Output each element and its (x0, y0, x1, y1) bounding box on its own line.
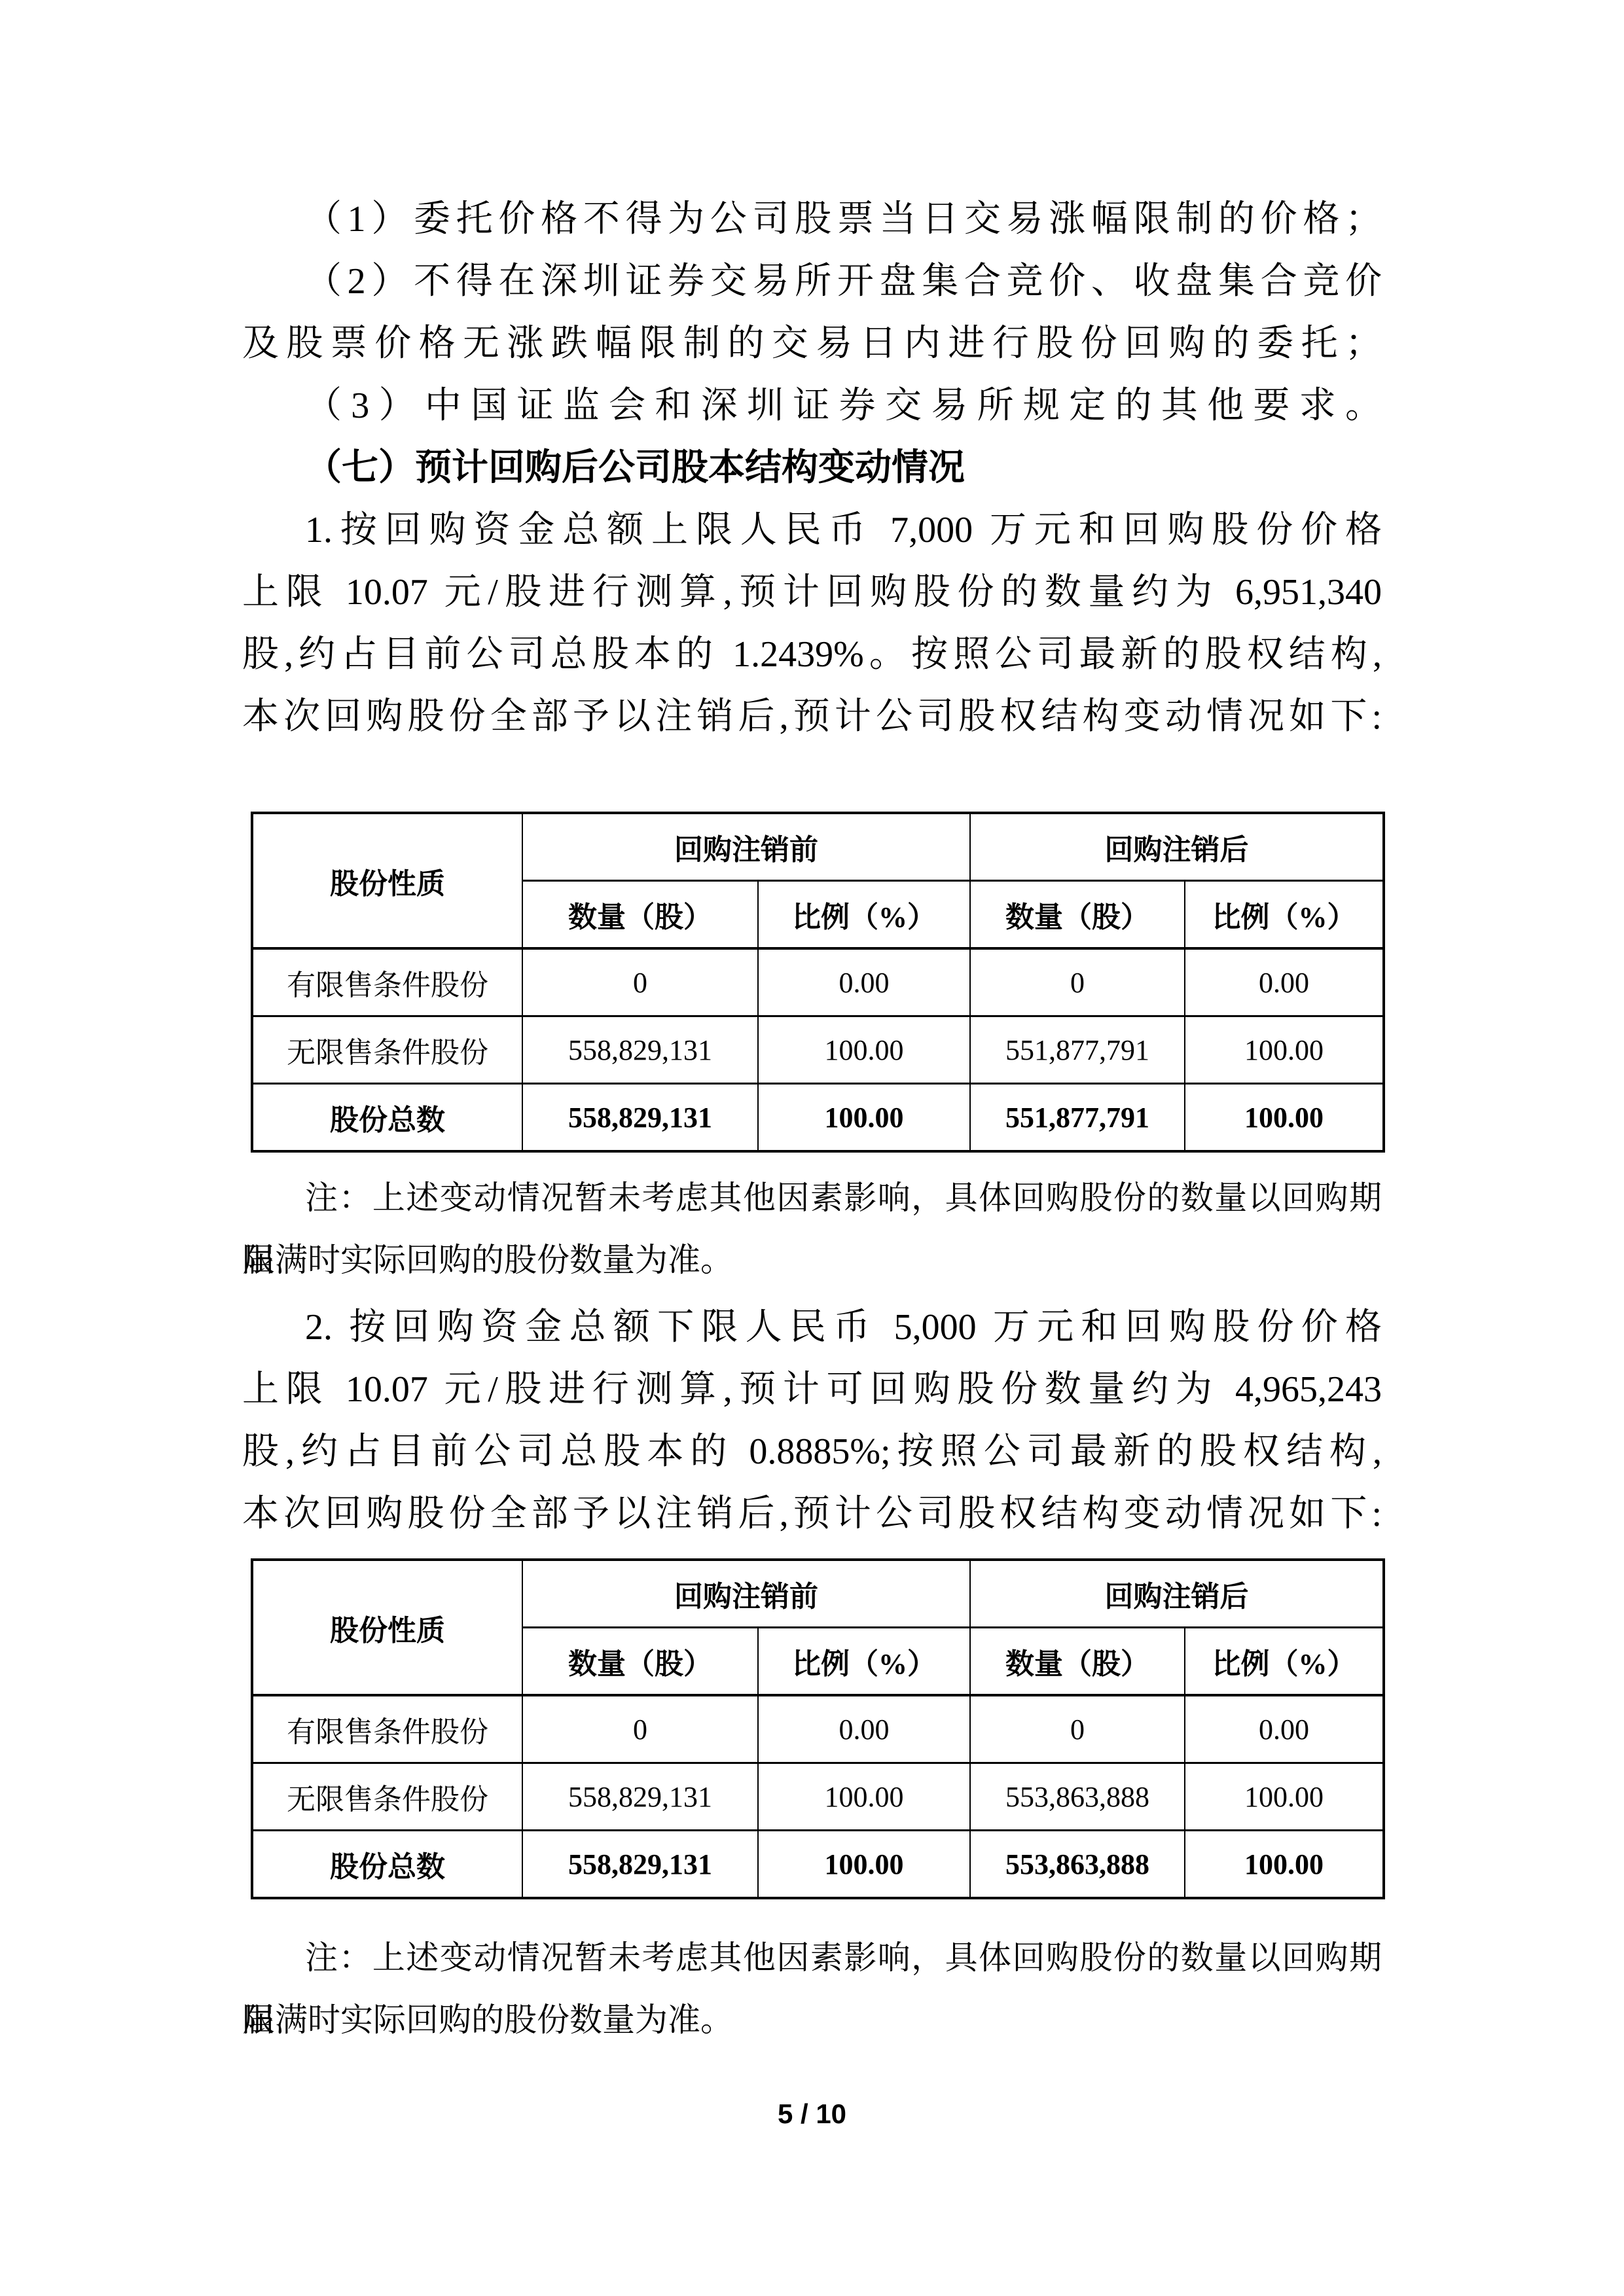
table1-header-before: 回购注销前 (522, 813, 970, 881)
before-qty: 558,829,131 (522, 1084, 758, 1152)
para2-line-1: 2. 按回购资金总额下限人民币 5,000 万元和回购股份价格 (242, 1297, 1382, 1359)
table-total-row: 股份总数 558,829,131 100.00 551,877,791 100.… (252, 1084, 1384, 1152)
after-ratio: 0.00 (1185, 948, 1384, 1016)
before-qty: 558,829,131 (522, 1016, 758, 1084)
note2-line-1: 注：上述变动情况暂未考虑其他因素影响，具体回购股份的数量以回购期限 (242, 1927, 1382, 1989)
table-row: 有限售条件股份 0 0.00 0 0.00 (252, 1695, 1384, 1763)
before-qty: 0 (522, 1695, 758, 1763)
para1-line-2: 上限 10.07 元/股进行测算,预计回购股份的数量约为 6,951,340 (242, 562, 1382, 624)
before-ratio: 100.00 (758, 1084, 970, 1152)
table2-header-after-ratio: 比例（%） (1185, 1628, 1384, 1696)
before-qty: 558,829,131 (522, 1831, 758, 1899)
table1-header-before-ratio: 比例（%） (758, 881, 970, 949)
table-row: 无限售条件股份 558,829,131 100.00 551,877,791 1… (252, 1016, 1384, 1084)
after-ratio: 100.00 (1185, 1016, 1384, 1084)
after-ratio: 0.00 (1185, 1695, 1384, 1763)
clause-2-line-1: （2）不得在深圳证券交易所开盘集合竞价、收盘集合竞价 (242, 251, 1382, 313)
row-label: 有限售条件股份 (252, 1695, 522, 1763)
before-qty: 0 (522, 948, 758, 1016)
share-structure-table-2: 股份性质 回购注销前 回购注销后 数量（股） 比例（%） 数量（股） 比例（%）… (251, 1558, 1385, 1899)
after-ratio: 100.00 (1185, 1763, 1384, 1831)
row-label: 无限售条件股份 (252, 1763, 522, 1831)
section-heading: （七）预计回购后公司股本结构变动情况 (242, 437, 1382, 499)
para1-line-4: 本次回购股份全部予以注销后,预计公司股权结构变动情况如下: (242, 686, 1382, 748)
para2-line-4: 本次回购股份全部予以注销后,预计公司股权结构变动情况如下: (242, 1483, 1382, 1545)
para2-line-2: 上限 10.07 元/股进行测算,预计可回购股份数量约为 4,965,243 (242, 1359, 1382, 1421)
para2-line-3: 股,约占目前公司总股本的 0.8885%;按照公司最新的股权结构, (242, 1421, 1382, 1483)
table-total-row: 股份总数 558,829,131 100.00 553,863,888 100.… (252, 1831, 1384, 1899)
table1-header-row-1: 股份性质 回购注销前 回购注销后 (252, 813, 1384, 881)
table2-header-after: 回购注销后 (970, 1560, 1384, 1628)
table2-header-before-qty: 数量（股） (522, 1628, 758, 1696)
row-label: 无限售条件股份 (252, 1016, 522, 1084)
after-qty: 553,863,888 (970, 1763, 1185, 1831)
share-structure-table-1: 股份性质 回购注销前 回购注销后 数量（股） 比例（%） 数量（股） 比例（%）… (251, 812, 1385, 1153)
document-page: （1）委托价格不得为公司股票当日交易涨幅限制的价格； （2）不得在深圳证券交易所… (0, 0, 1624, 2296)
before-ratio: 0.00 (758, 948, 970, 1016)
before-ratio: 100.00 (758, 1763, 970, 1831)
page-number: 5 / 10 (0, 2094, 1624, 2134)
table1-header-after: 回购注销后 (970, 813, 1384, 881)
table2-header-share-type: 股份性质 (252, 1560, 522, 1695)
clause-1: （1）委托价格不得为公司股票当日交易涨幅限制的价格； (242, 188, 1382, 251)
table2-header-row-1: 股份性质 回购注销前 回购注销后 (252, 1560, 1384, 1628)
para1-line-3: 股,约占目前公司总股本的 1.2439%。按照公司最新的股权结构, (242, 624, 1382, 686)
note2-line-2: 届满时实际回购的股份数量为准。 (242, 1989, 1382, 2051)
table-row: 有限售条件股份 0 0.00 0 0.00 (252, 948, 1384, 1016)
table2-header-before: 回购注销前 (522, 1560, 970, 1628)
table1-header-before-qty: 数量（股） (522, 881, 758, 949)
after-qty: 0 (970, 948, 1185, 1016)
row-label: 股份总数 (252, 1831, 522, 1899)
document-body: （1）委托价格不得为公司股票当日交易涨幅限制的价格； （2）不得在深圳证券交易所… (242, 0, 1382, 2051)
para1-line-1: 1.按回购资金总额上限人民币 7,000 万元和回购股份价格 (242, 499, 1382, 562)
note1-line-1: 注：上述变动情况暂未考虑其他因素影响，具体回购股份的数量以回购期限 (242, 1167, 1382, 1229)
after-qty: 0 (970, 1695, 1185, 1763)
before-ratio: 0.00 (758, 1695, 970, 1763)
table1-header-after-qty: 数量（股） (970, 881, 1185, 949)
after-ratio: 100.00 (1185, 1831, 1384, 1899)
row-label: 股份总数 (252, 1084, 522, 1152)
table1-header-share-type: 股份性质 (252, 813, 522, 948)
after-qty: 553,863,888 (970, 1831, 1185, 1899)
row-label: 有限售条件股份 (252, 948, 522, 1016)
table1-header-after-ratio: 比例（%） (1185, 881, 1384, 949)
clause-2-line-2: 及股票价格无涨跌幅限制的交易日内进行股份回购的委托； (242, 313, 1382, 375)
after-ratio: 100.00 (1185, 1084, 1384, 1152)
after-qty: 551,877,791 (970, 1084, 1185, 1152)
before-qty: 558,829,131 (522, 1763, 758, 1831)
before-ratio: 100.00 (758, 1016, 970, 1084)
clause-3: （3）中国证监会和深圳证券交易所规定的其他要求。 (242, 375, 1382, 437)
table-row: 无限售条件股份 558,829,131 100.00 553,863,888 1… (252, 1763, 1384, 1831)
table2-header-after-qty: 数量（股） (970, 1628, 1185, 1696)
before-ratio: 100.00 (758, 1831, 970, 1899)
table2-header-before-ratio: 比例（%） (758, 1628, 970, 1696)
after-qty: 551,877,791 (970, 1016, 1185, 1084)
note1-line-2: 届满时实际回购的股份数量为准。 (242, 1229, 1382, 1291)
